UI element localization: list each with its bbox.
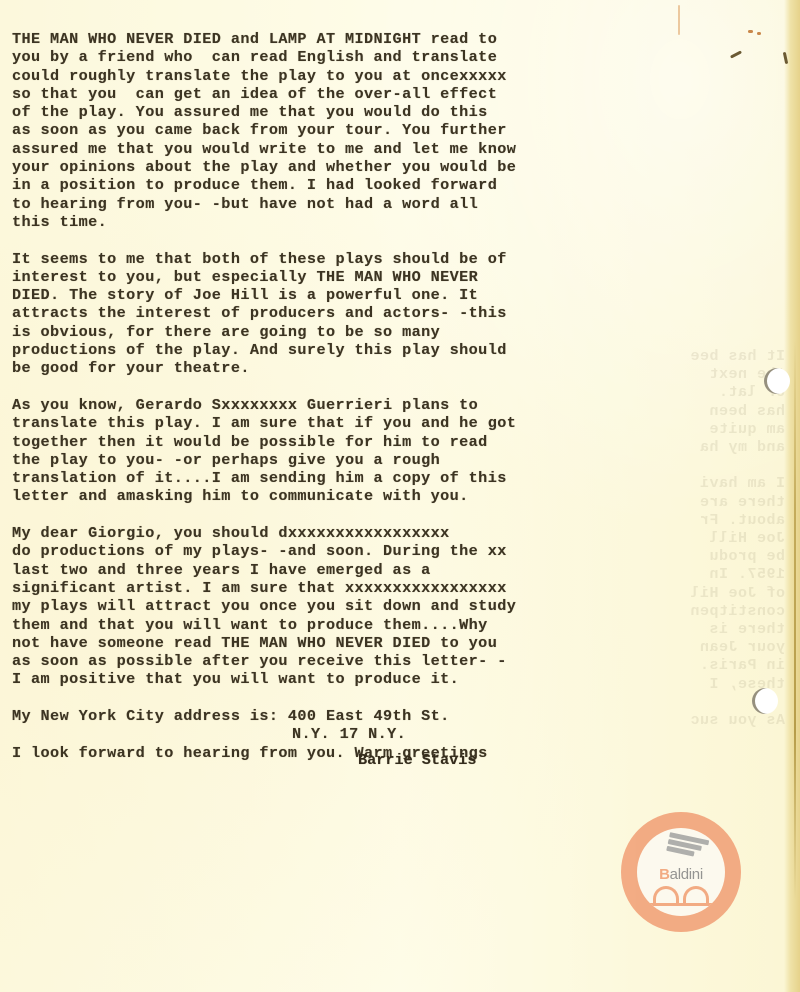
text-line: I am positive that you will want to prod… [12,670,572,688]
text-line: translation of it....I am sending him a … [12,469,572,487]
text-line: together then it would be possible for h… [12,433,572,451]
text-line: be good for your theatre. [12,359,572,377]
text-line: my plays will attract you once you sit d… [12,597,572,615]
text-line: attracts the interest of producers and a… [12,304,572,322]
paragraph-3: As you know, Gerardo Sxxxxxxxx Guerrieri… [12,396,572,506]
text-line: you by a friend who can read English and… [12,48,572,66]
text-line: last two and three years I have emerged … [12,561,572,579]
text-line: It seems to me that both of these plays … [12,250,572,268]
text-line: DIED. The story of Joe Hill is a powerfu… [12,286,572,304]
text-line: interest to you, but especially THE MAN … [12,268,572,286]
text-line: them and that you will want to produce t… [12,616,572,634]
letter-page: It has bee the next or lat. has been am … [0,0,800,992]
letter-body: THE MAN WHO NEVER DIED and LAMP AT MIDNI… [12,30,572,762]
closing-line: I look forward to hearing from you. Warm… [12,744,488,762]
punch-hole-bottom [752,688,778,714]
paragraph-1: THE MAN WHO NEVER DIED and LAMP AT MIDNI… [12,30,572,231]
text-line: in a position to produce them. I had loo… [12,176,572,194]
baldini-library-stamp: Baldini [621,812,741,932]
punch-hole-top [764,368,790,394]
text-line: assured me that you would write to me an… [12,140,572,158]
text-line: as soon as possible after you receive th… [12,652,572,670]
text-line: translate this play. I am sure that if y… [12,414,572,432]
signature: Barrie Stavis [358,751,476,769]
bleed-through-text: It has bee the next or lat. has been am … [690,348,785,730]
books-icon [665,832,710,866]
text-line: My dear Giorgio, you should dxxxxxxxxxxx… [12,524,572,542]
text-line: THE MAN WHO NEVER DIED and LAMP AT MIDNI… [12,30,572,48]
paragraph-2: It seems to me that both of these plays … [12,250,572,378]
text-line: significant artist. I am sure that xxxxx… [12,579,572,597]
text-line: not have someone read THE MAN WHO NEVER … [12,634,572,652]
stamp-label: Baldini [637,866,725,883]
text-line: to hearing from you- -but have not had a… [12,195,572,213]
text-line: do productions of my plays- -and soon. D… [12,542,572,560]
text-line: the play to you- -or perhaps give you a … [12,451,572,469]
text-line: As you know, Gerardo Sxxxxxxxx Guerrieri… [12,396,572,414]
address-line-1: My New York City address is: 400 East 49… [12,707,572,725]
text-line: your opinions about the play and whether… [12,158,572,176]
text-line: productions of the play. And surely this… [12,341,572,359]
text-line: could roughly translate the play to you … [12,67,572,85]
paper-fold-line [794,340,796,900]
text-line: is obvious, for there are going to be so… [12,323,572,341]
paragraph-4: My dear Giorgio, you should dxxxxxxxxxxx… [12,524,572,689]
text-line: so that you can get an idea of the over-… [12,85,572,103]
text-line: of the play. You assured me that you wou… [12,103,572,121]
text-line: as soon as you came back from your tour.… [12,121,572,139]
paper-right-edge [784,0,800,992]
address-block: My New York City address is: 400 East 49… [12,707,572,762]
text-line: letter and amasking him to communicate w… [12,487,572,505]
text-line: this time. [12,213,572,231]
address-line-2: N.Y. 17 N.Y. [12,725,572,743]
open-book-icon [651,886,711,908]
